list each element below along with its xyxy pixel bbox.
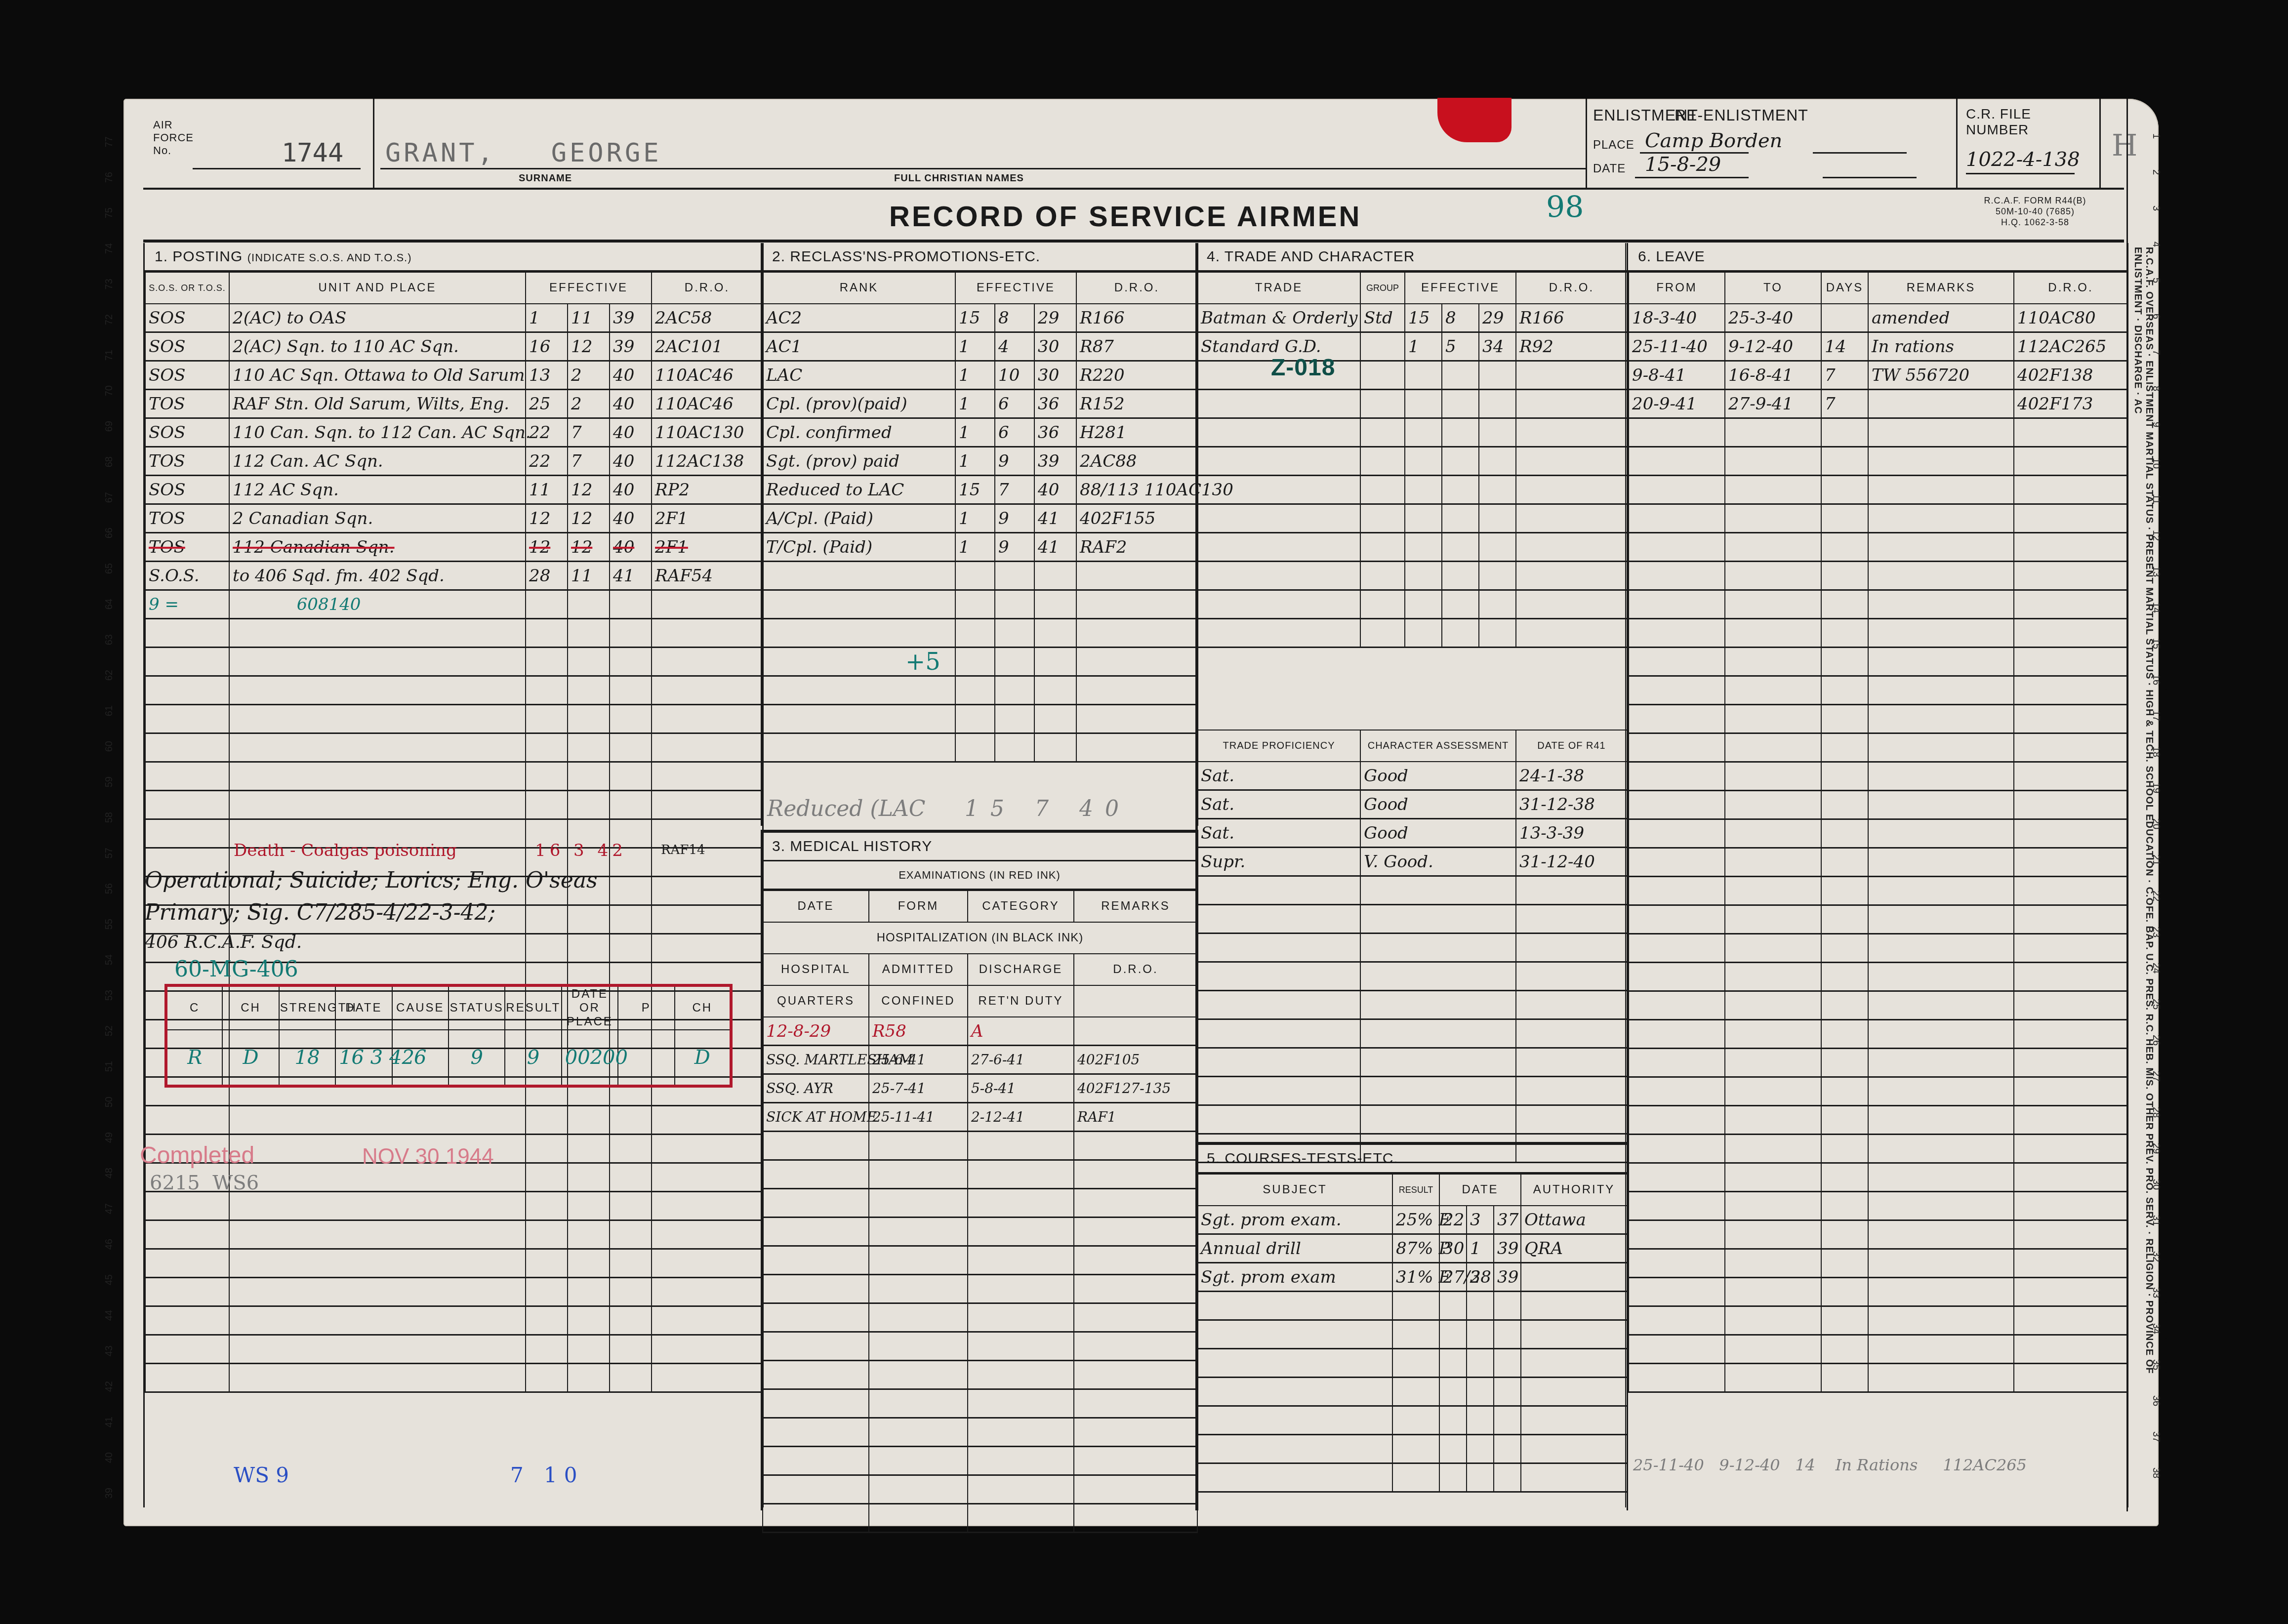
- promotion-row: Cpl. confirmed1636H281: [763, 418, 1197, 447]
- leave-row-to: [1725, 963, 1821, 991]
- strip-number: 40: [104, 1452, 115, 1463]
- promotion-row: [763, 648, 1197, 676]
- posting-row-dro: [652, 905, 763, 934]
- posting-row-dro: [652, 762, 763, 791]
- course-row-result: [1392, 1349, 1439, 1378]
- leave-row: [1629, 562, 2127, 590]
- completed-stamp: Completed: [140, 1142, 254, 1169]
- col-trade: TRADE: [1197, 272, 1360, 304]
- trade-row-group: [1360, 476, 1405, 504]
- character-row-date: [1516, 876, 1627, 905]
- course-row-y: [1494, 1292, 1521, 1320]
- hospital-empty-cell: [968, 1389, 1074, 1418]
- strip-number: 42: [104, 1381, 115, 1392]
- leave-row: [1629, 819, 2127, 848]
- course-row: [1197, 1378, 1627, 1406]
- posting-row-d: [526, 1335, 568, 1364]
- punch-hole: [2165, 422, 2181, 443]
- punch-hole: [2165, 278, 2181, 298]
- course-row-d: [1439, 1435, 1467, 1463]
- course-row-authority: Ottawa: [1521, 1206, 1627, 1234]
- leave-row-remarks: [1868, 963, 2014, 991]
- leave-row-dro: [2014, 476, 2127, 504]
- leave-row: [1629, 1306, 2127, 1335]
- hospital-row: [763, 1160, 1197, 1189]
- leave-row-days: [1821, 447, 1868, 476]
- posting-row-type: [145, 1306, 229, 1335]
- leave-row: [1629, 848, 2127, 877]
- trade-row-m: [1442, 361, 1479, 390]
- leave-row: 20-9-4127-9-417402F173: [1629, 390, 2127, 418]
- trade-row-trade: [1197, 562, 1360, 590]
- hospital-empty-cell: [763, 1418, 869, 1447]
- leave-row-from: [1629, 533, 1725, 562]
- hospital-row: [763, 1332, 1197, 1361]
- punch-hole: [2165, 999, 2181, 1019]
- character-row-date: 31-12-38: [1516, 790, 1627, 819]
- promotion-row-y: 41: [1034, 533, 1076, 562]
- leave-row-remarks: [1868, 733, 2014, 762]
- leave-row-days: [1821, 476, 1868, 504]
- punch-hole: [78, 169, 95, 190]
- leave-row-to: [1725, 676, 1821, 705]
- leave-row-from: [1629, 1192, 1725, 1220]
- punch-hole: [78, 987, 95, 1008]
- character-row-date: [1516, 934, 1627, 962]
- leave-row-from: [1629, 1049, 1725, 1077]
- leave-row-days: [1821, 562, 1868, 590]
- posting-row-y: [610, 1278, 652, 1306]
- char-col-2: DATE OF R41: [1516, 730, 1627, 762]
- course-row-y: 39: [1494, 1263, 1521, 1292]
- leave-row-dro: [2014, 848, 2127, 877]
- leave-row-remarks: [1868, 676, 2014, 705]
- punch-hole: [78, 1414, 95, 1434]
- leave-row-from: [1629, 762, 1725, 791]
- col-authority: AUTHORITY: [1521, 1174, 1627, 1206]
- posting-row-y: 40: [610, 361, 652, 390]
- character-row: Sat.Good31-12-38: [1197, 790, 1627, 819]
- leave-row: [1629, 1335, 2127, 1364]
- exam-category: A: [968, 1017, 1074, 1046]
- leave-row-days: [1821, 1163, 1868, 1192]
- posting-row-y: [610, 648, 652, 676]
- posting-row-d: [526, 1220, 568, 1249]
- posting-row-y: [610, 676, 652, 705]
- trade-row-m: [1442, 562, 1479, 590]
- character-row: [1197, 1019, 1627, 1048]
- posting-row-type: [145, 648, 229, 676]
- trade-row-group: [1360, 390, 1405, 418]
- posting-row: [145, 676, 763, 705]
- trade-row-trade: Batman & Orderly: [1197, 304, 1360, 332]
- posting-row-dro: [652, 1278, 763, 1306]
- course-row-result: [1392, 1292, 1439, 1320]
- col-effective: EFFECTIVE: [1405, 272, 1516, 304]
- leave-row-from: [1629, 1278, 1725, 1306]
- strip-number: 51: [104, 1061, 115, 1072]
- promotion-row-y: 40: [1034, 476, 1076, 504]
- posting-row: TOS112 Can. AC Sqn.22740112AC138: [145, 447, 763, 476]
- posting-row-unit: [229, 648, 526, 676]
- posting-row-y: [610, 791, 652, 819]
- punch-hole: [2165, 1251, 2181, 1272]
- leave-row-from: [1629, 562, 1725, 590]
- hospital-empty-cell: [1074, 1303, 1197, 1332]
- leave-row-to: [1725, 819, 1821, 848]
- posting-row-dro: [652, 1106, 763, 1135]
- hospital-empty-cell: [763, 1332, 869, 1361]
- punch-hole: [2165, 1071, 2181, 1092]
- posting-row: [145, 791, 763, 819]
- punch-hole: [78, 204, 95, 225]
- posting-row-dro: 2AC101: [652, 332, 763, 361]
- posting-row-d: 25: [526, 390, 568, 418]
- course-row-y: 37: [1494, 1206, 1521, 1234]
- leave-row: [1629, 504, 2127, 533]
- posting-row-m: [568, 1220, 610, 1249]
- promotion-row-dro: RAF2: [1076, 533, 1197, 562]
- posting-row-dro: [652, 1163, 763, 1192]
- strip-number: 58: [104, 812, 115, 823]
- leave-row-to: [1725, 476, 1821, 504]
- character-row-character: V. Good.: [1360, 848, 1516, 876]
- posting-row-y: [610, 619, 652, 648]
- strip-number: 70: [104, 385, 115, 396]
- posting-row-dro: [652, 1249, 763, 1278]
- punch-hole: [2165, 710, 2181, 731]
- leave-row: [1629, 905, 2127, 934]
- posting-row-unit: [229, 1364, 526, 1392]
- strip-number: 60: [104, 741, 115, 752]
- hospital-empty-cell: [763, 1361, 869, 1389]
- posting-row-unit: [229, 733, 526, 762]
- leave-row-to: [1725, 1049, 1821, 1077]
- character-row-proficiency: [1197, 962, 1360, 991]
- leave-row-from: [1629, 934, 1725, 963]
- casualty-val-5: 9: [449, 1030, 505, 1086]
- character-row-character: [1360, 1019, 1516, 1048]
- leave-row-from: [1629, 705, 1725, 733]
- hosp-sub-col-3: [1074, 985, 1197, 1017]
- leave-row-from: [1629, 1220, 1725, 1249]
- promotion-row-y: 29: [1034, 304, 1076, 332]
- hospital-empty-cell: [968, 1275, 1074, 1303]
- hospital-dro: 402F105: [1074, 1046, 1197, 1074]
- leave-col-3: REMARKS: [1868, 272, 2014, 304]
- trade-row-m: [1442, 504, 1479, 533]
- course-row-m: [1467, 1463, 1494, 1492]
- casualty-col-4: CAUSE: [392, 985, 449, 1030]
- trade-row: [1197, 447, 1627, 476]
- hospital-row: [763, 1275, 1197, 1303]
- leave-row-from: [1629, 418, 1725, 447]
- promotion-row-m: 9: [995, 533, 1034, 562]
- hospital-empty-cell: [968, 1303, 1074, 1332]
- posting-row-dro: [652, 1306, 763, 1335]
- posting-row-dro: RP2: [652, 476, 763, 504]
- trade-row: [1197, 590, 1627, 619]
- promotion-row-d: 15: [955, 476, 995, 504]
- promotion-row-rank: Reduced to LAC: [763, 476, 955, 504]
- promotion-row-y: [1034, 590, 1076, 619]
- course-row: [1197, 1435, 1627, 1463]
- punch-hole: [2165, 494, 2181, 515]
- trade-row: [1197, 562, 1627, 590]
- punch-hole: [2165, 1467, 2181, 1488]
- promotion-row-m: [995, 562, 1034, 590]
- course-row-subject: [1197, 1406, 1392, 1435]
- promotion-row-rank: [763, 562, 955, 590]
- posting-row-m: 11: [568, 304, 610, 332]
- hospital-row: SICK AT HOME25-11-412-12-41RAF1: [763, 1103, 1197, 1132]
- exam-remarks: [1074, 1017, 1197, 1046]
- character-row-character: [1360, 1077, 1516, 1105]
- leave-row-dro: 112AC265: [2014, 332, 2127, 361]
- col-date: DATE: [1439, 1174, 1521, 1206]
- trade-row-trade: [1197, 533, 1360, 562]
- character-row-proficiency: [1197, 1019, 1360, 1048]
- leave-col-2: DAYS: [1821, 272, 1868, 304]
- promotion-row-d: 1: [955, 504, 995, 533]
- promotion-row-m: [995, 619, 1034, 648]
- posting-row: 9 = 608140: [145, 590, 763, 619]
- leave-row-days: 14: [1821, 332, 1868, 361]
- leave-col-0: FROM: [1629, 272, 1725, 304]
- leave-row-to: [1725, 562, 1821, 590]
- punch-hole: [2165, 1323, 2181, 1344]
- trade-row: [1197, 361, 1627, 390]
- posting-row-d: [526, 1135, 568, 1163]
- character-row-proficiency: Sat.: [1197, 819, 1360, 848]
- posting-title: 1. POSTING (INDICATE S.O.S. AND T.O.S.): [145, 243, 762, 272]
- leave-row: [1629, 418, 2127, 447]
- course-row: [1197, 1320, 1627, 1349]
- posting-row-type: [145, 1335, 229, 1364]
- col-subject: SUBJECT: [1197, 1174, 1392, 1206]
- hospital-empty-cell: [869, 1303, 968, 1332]
- strip-number: 43: [104, 1345, 115, 1356]
- leave-section: 6. LEAVE FROMTODAYSREMARKSD.R.O. 18-3-40…: [1625, 243, 2128, 1507]
- posting-row-y: [610, 762, 652, 791]
- leave-row-dro: [2014, 1135, 2127, 1163]
- promotion-row: [763, 733, 1197, 762]
- hosp-sub-col-0: QUARTERS: [763, 985, 869, 1017]
- col-rank: RANK: [763, 272, 955, 304]
- hospital-empty-cell: [763, 1303, 869, 1332]
- trade-row-d: [1405, 619, 1442, 648]
- leave-row-days: [1821, 963, 1868, 991]
- hospital-row: SSQ. MARTLESHAM25-6-4127-6-41402F105: [763, 1046, 1197, 1074]
- leave-row-to: [1725, 877, 1821, 905]
- course-row-authority: [1521, 1349, 1627, 1378]
- posting-row-unit: [229, 1106, 526, 1135]
- posting-row-unit: 110 Can. Sqn. to 112 Can. AC Sqn.: [229, 418, 526, 447]
- casualty-col-1: CH: [222, 985, 279, 1030]
- character-row-character: [1360, 1048, 1516, 1077]
- punch-hole: [78, 311, 95, 332]
- strip-number: 52: [104, 1025, 115, 1036]
- leave-row-remarks: amended: [1868, 304, 2014, 332]
- trade-row-d: [1405, 361, 1442, 390]
- promotion-row: AC11430R87: [763, 332, 1197, 361]
- character-row-character: [1360, 991, 1516, 1019]
- character-row: [1197, 876, 1627, 905]
- posting-row-unit: 110 AC Sqn. Ottawa to Old Sarum: [229, 361, 526, 390]
- hospital-discharge: 27-6-41: [968, 1046, 1074, 1074]
- hospital-empty-cell: [968, 1504, 1074, 1533]
- leave-col-4: D.R.O.: [2014, 272, 2127, 304]
- posting-row-y: [610, 733, 652, 762]
- trade-row-group: [1360, 562, 1405, 590]
- air-force-no-label: AIR FORCE No.: [153, 119, 198, 157]
- leave-row: [1629, 1135, 2127, 1163]
- leave-row-from: [1629, 905, 1725, 934]
- leave-row-from: [1629, 1135, 1725, 1163]
- leave-row-from: [1629, 1335, 1725, 1364]
- character-row-date: [1516, 1019, 1627, 1048]
- posting-row-m: [568, 733, 610, 762]
- remarks-line-3: 406 R.C.A.F. Sqd.: [145, 932, 302, 952]
- strip-number: 77: [104, 136, 115, 147]
- courses-table: SUBJECT RESULT DATE AUTHORITY Sgt. prom …: [1197, 1174, 1628, 1493]
- posting-row-d: [526, 1249, 568, 1278]
- posting-row-dro: 110AC46: [652, 361, 763, 390]
- trade-row-dro: [1516, 590, 1627, 619]
- course-row-authority: [1521, 1435, 1627, 1463]
- leave-row-remarks: [1868, 418, 2014, 447]
- posting-row-y: [610, 1335, 652, 1364]
- hospital-empty-cell: [869, 1332, 968, 1361]
- strip-number: 71: [104, 350, 115, 361]
- character-row: [1197, 1048, 1627, 1077]
- punch-hole: [78, 880, 95, 901]
- posting-row-y: [610, 1135, 652, 1163]
- leave-row-dro: [2014, 590, 2127, 619]
- character-row: Sat.Good13-3-39: [1197, 819, 1627, 848]
- promotion-row: T/Cpl. (Paid)1941RAF2: [763, 533, 1197, 562]
- promotion-row-d: 1: [955, 447, 995, 476]
- hospital-empty-cell: [1074, 1504, 1197, 1533]
- punch-hole: [78, 560, 95, 581]
- trade-row-m: [1442, 447, 1479, 476]
- leave-row-to: [1725, 848, 1821, 877]
- character-row-date: 24-1-38: [1516, 762, 1627, 790]
- enlistment-date: 15-8-29: [1645, 153, 1721, 176]
- left-index-strip: 7776757473727170696867666564636261605958…: [74, 133, 121, 1516]
- col-dro: D.R.O.: [652, 272, 763, 304]
- posting-row-dro: [652, 877, 763, 905]
- course-row-y: [1494, 1349, 1521, 1378]
- course-row-authority: [1521, 1463, 1627, 1492]
- card-header: AIR FORCE No. 1744 GRANT, GEORGE SURNAME…: [143, 99, 2124, 190]
- leave-row-dro: [2014, 418, 2127, 447]
- posting-row-m: [568, 590, 610, 619]
- hospital-hospital: SSQ. AYR: [763, 1074, 869, 1103]
- character-row: Supr.V. Good.31-12-40: [1197, 848, 1627, 876]
- hospital-empty-cell: [968, 1332, 1074, 1361]
- promotion-row-d: 15: [955, 304, 995, 332]
- promotion-row: Cpl. (prov)(paid)1636R152: [763, 390, 1197, 418]
- posting-row-m: [568, 619, 610, 648]
- course-row: [1197, 1406, 1627, 1435]
- posting-row-unit: 112 Canadian Sqn.: [229, 533, 526, 562]
- leave-row-dro: [2014, 619, 2127, 648]
- leave-row-to: [1725, 791, 1821, 819]
- promotion-row: [763, 590, 1197, 619]
- trade-row-group: [1360, 361, 1405, 390]
- leave-row-remarks: [1868, 1192, 2014, 1220]
- leave-row-days: [1821, 1335, 1868, 1364]
- leave-row-to: [1725, 504, 1821, 533]
- place-label: PLACE: [1593, 138, 1634, 152]
- promotion-row-m: 9: [995, 447, 1034, 476]
- posting-row-dro: [652, 791, 763, 819]
- trade-row-group: [1360, 447, 1405, 476]
- promotion-row-rank: [763, 590, 955, 619]
- col-dro: D.R.O.: [1516, 272, 1627, 304]
- promotion-row: AC215829R166: [763, 304, 1197, 332]
- casualty-col-7: DATE OR PLACE: [562, 985, 618, 1030]
- posting-row-y: [610, 877, 652, 905]
- course-row-m: 1: [1467, 1234, 1494, 1263]
- course-row-y: [1494, 1320, 1521, 1349]
- punch-hole: [78, 1342, 95, 1363]
- hospital-empty-cell: [968, 1246, 1074, 1275]
- leave-row-days: [1821, 619, 1868, 648]
- posting-row-d: [526, 705, 568, 733]
- punch-hole: [78, 916, 95, 936]
- punch-hole: [2165, 169, 2181, 190]
- leave-row-remarks: [1868, 819, 2014, 848]
- character-row-proficiency: Sat.: [1197, 762, 1360, 790]
- trade-row-d: [1405, 447, 1442, 476]
- posting-row-unit: [229, 791, 526, 819]
- exam-col-1: FORM: [869, 891, 968, 922]
- punch-hole: [2165, 1287, 2181, 1308]
- trade-row-group: [1360, 332, 1405, 361]
- punch-hole: [78, 382, 95, 403]
- leave-row-remarks: [1868, 991, 2014, 1020]
- leave-row: 18-3-4025-3-40amended110AC80: [1629, 304, 2127, 332]
- promotion-row-m: [995, 705, 1034, 733]
- leave-row-from: [1629, 619, 1725, 648]
- posting-row-m: [568, 1335, 610, 1364]
- leave-row-dro: [2014, 1249, 2127, 1278]
- remarks-line-1: Operational; Suicide; Lorics; Eng. O'sea…: [145, 868, 598, 893]
- trade-row-group: [1360, 533, 1405, 562]
- pencil-reduced-date: 15 7 40: [965, 796, 1131, 821]
- posting-row-type: TOS: [145, 390, 229, 418]
- leave-row-dro: [2014, 991, 2127, 1020]
- leave-row: [1629, 934, 2127, 963]
- posting-row-unit: to 406 Sqd. fm. 402 Sqd.: [229, 562, 526, 590]
- character-row-character: [1360, 1105, 1516, 1134]
- posting-row-y: [610, 934, 652, 963]
- posting-row-m: 12: [568, 533, 610, 562]
- leave-row-from: [1629, 476, 1725, 504]
- hospital-empty-cell: [1074, 1189, 1197, 1218]
- posting-row-unit: [229, 1249, 526, 1278]
- leave-row: 9-8-4116-8-417TW 556720402F138: [1629, 361, 2127, 390]
- promotion-row-rank: [763, 676, 955, 705]
- completed-date-stamp: NOV 30 1944: [362, 1144, 494, 1169]
- posting-row-type: [145, 762, 229, 791]
- hospital-empty-cell: [763, 1389, 869, 1418]
- course-row-m: [1467, 1349, 1494, 1378]
- hospital-empty-cell: [1074, 1418, 1197, 1447]
- posting-row-m: [568, 934, 610, 963]
